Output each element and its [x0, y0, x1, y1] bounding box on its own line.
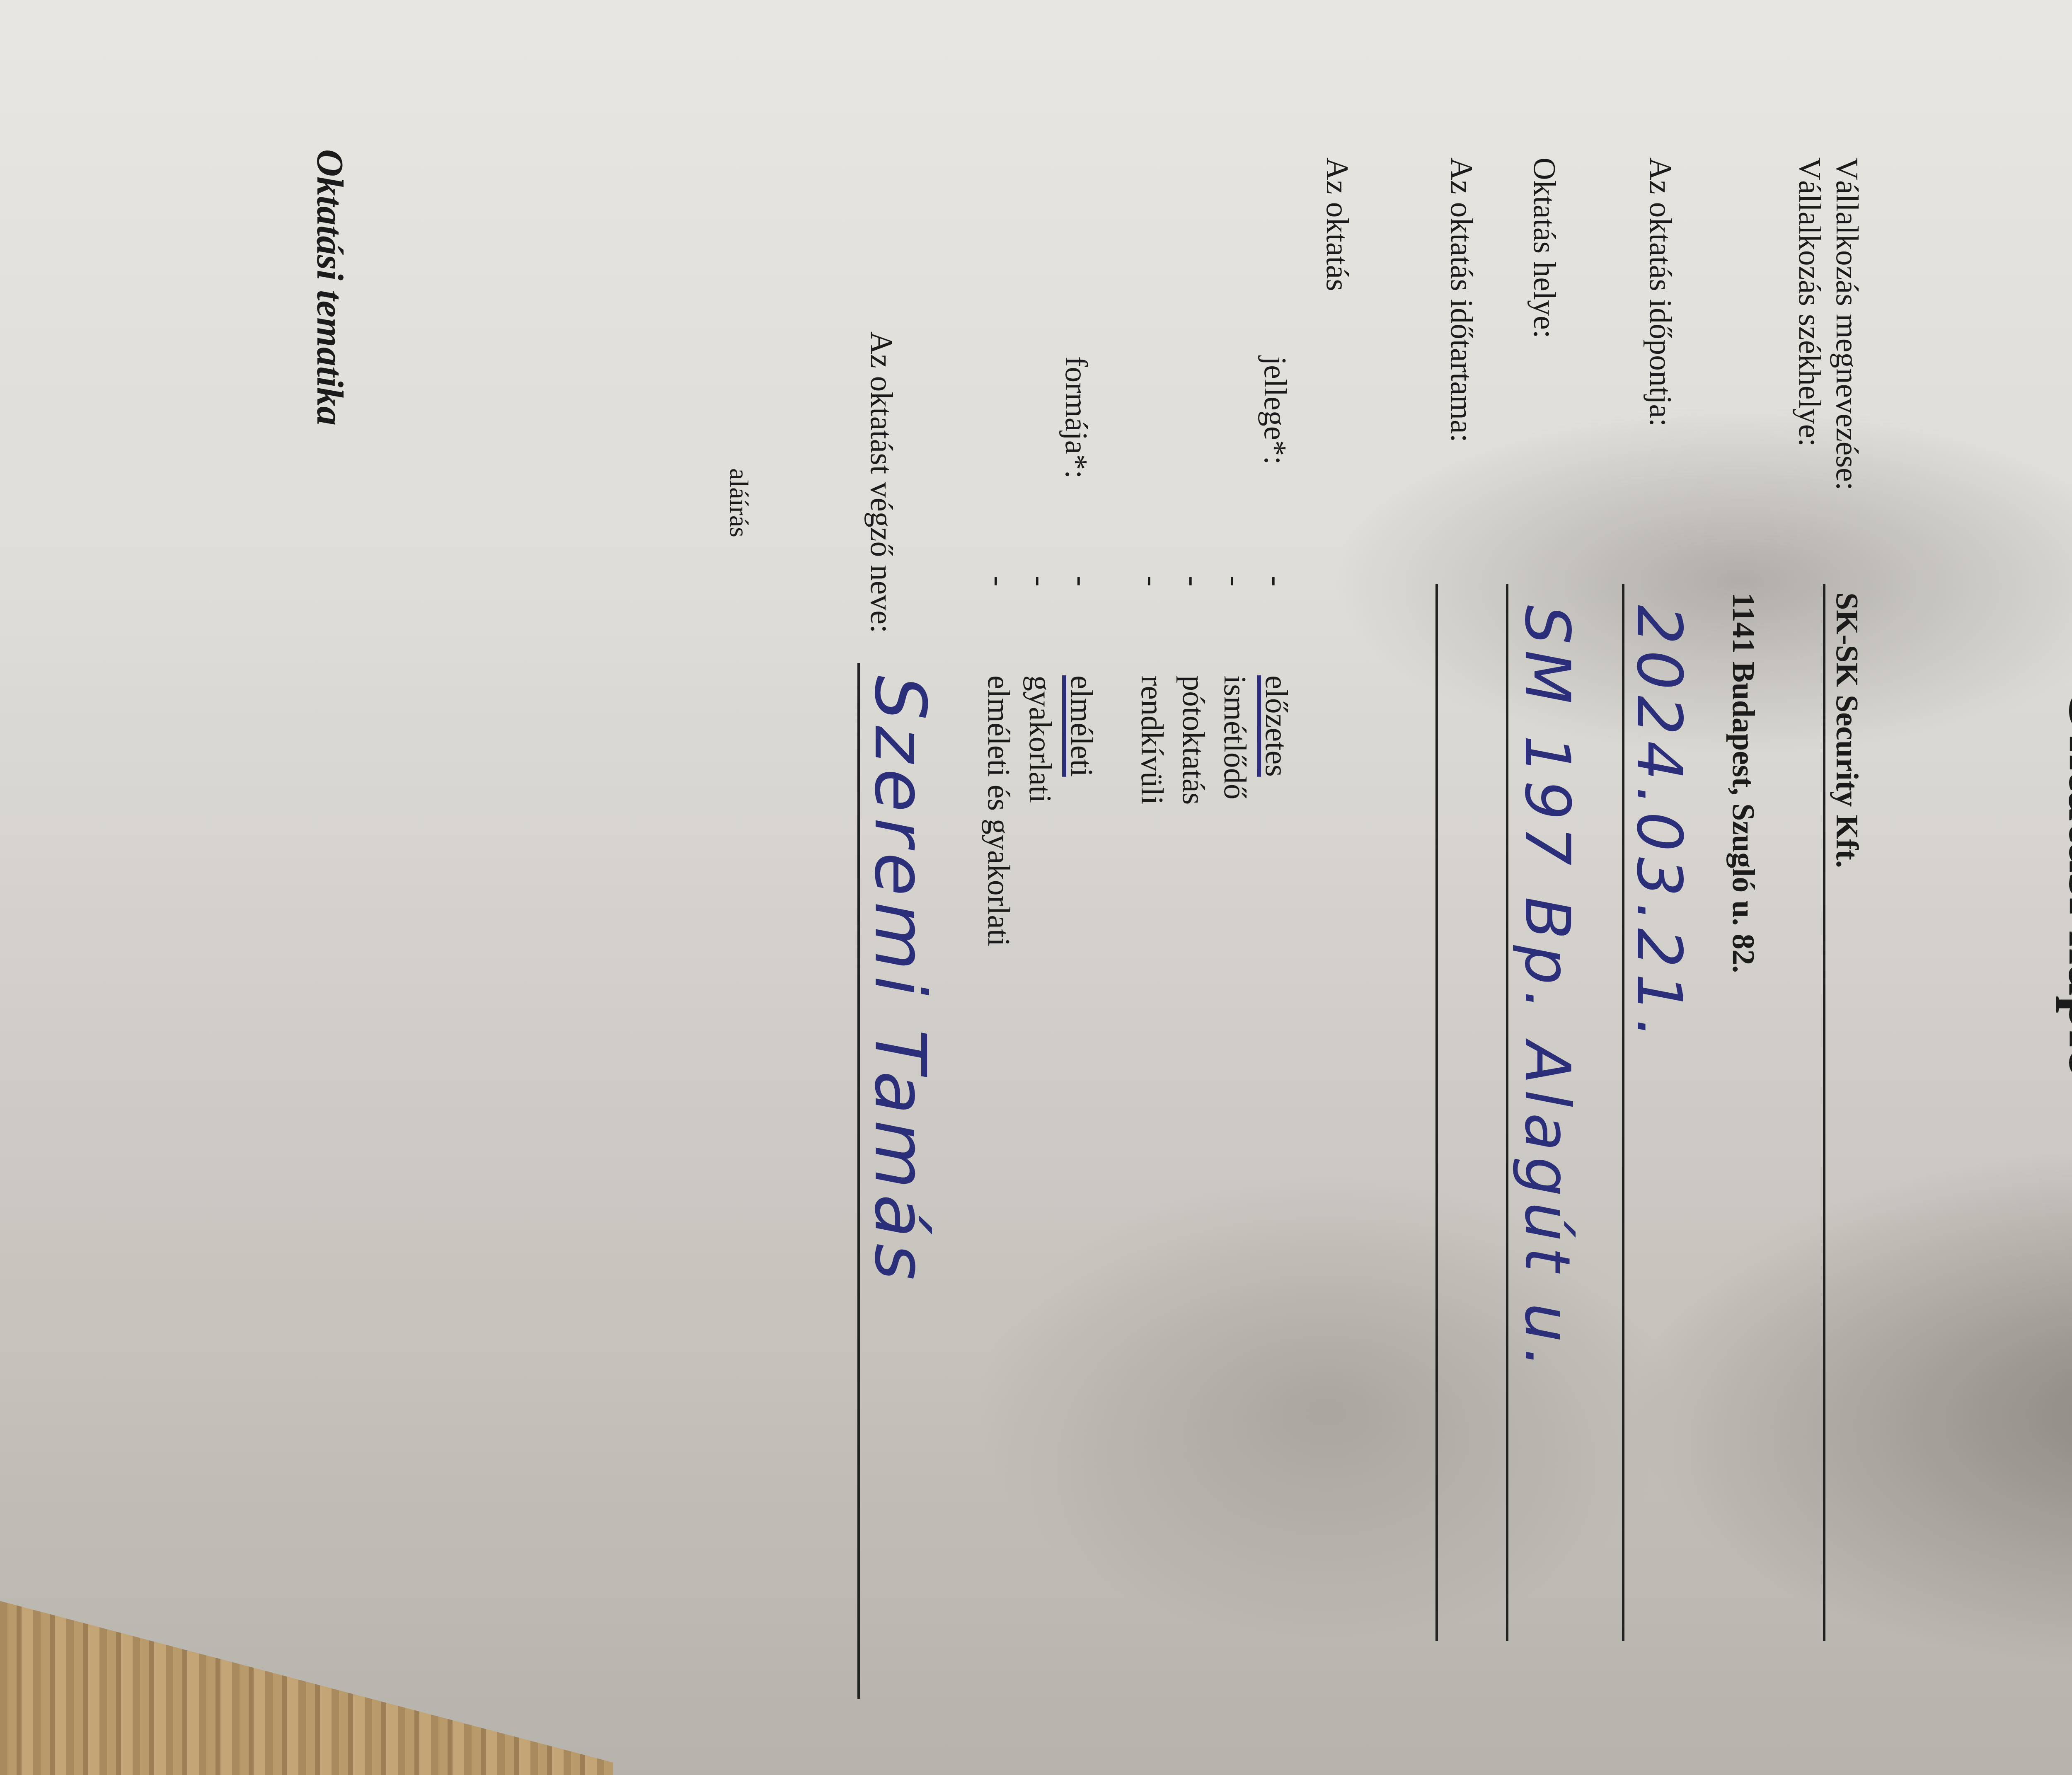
- location-line: [1506, 584, 1508, 1641]
- dash: -: [1061, 576, 1102, 584]
- dash: -: [1214, 576, 1256, 584]
- dash: -: [1256, 576, 1297, 584]
- company-seat-label: Vállalkozás székhelye:: [1791, 157, 1828, 447]
- type-option-label: rendkívüli: [1131, 675, 1173, 805]
- duration-line: [1435, 584, 1438, 1641]
- type-option[interactable]: -pótoktatás: [1173, 576, 1214, 805]
- type-option-label: előzetes: [1256, 675, 1297, 777]
- form-option-label: elméleti: [1061, 675, 1102, 777]
- date-line: [1622, 584, 1624, 1641]
- company-name-line: [1823, 584, 1825, 1641]
- page-title: Oktatási napló: [2055, 33, 2072, 1732]
- section-heading: Oktatási tematika: [308, 149, 352, 426]
- form-option[interactable]: -elméleti: [1061, 576, 1102, 946]
- dash: -: [1019, 576, 1061, 584]
- dash: -: [1131, 576, 1173, 584]
- type-option[interactable]: -előzetes: [1256, 576, 1297, 805]
- training-label: Az oktatás: [1319, 157, 1355, 291]
- location-handwritten[interactable]: SM 197 Bp. Alagút u.: [1511, 605, 1583, 1374]
- form-option-label: elméleti és gyakorlati: [978, 675, 1019, 946]
- instructor-line: [857, 663, 860, 1699]
- type-option-label: ismétlődő: [1214, 675, 1256, 800]
- training-form-label: formája*:: [1058, 356, 1094, 479]
- instructor-signature-handwritten[interactable]: Szeremi Tamás: [859, 675, 941, 1286]
- date-handwritten[interactable]: 2024.03.21.: [1623, 605, 1695, 1045]
- form-option-label: gyakorlati: [1019, 675, 1061, 803]
- dash: -: [978, 576, 1019, 584]
- location-label: Oktatás helye:: [1526, 157, 1562, 339]
- duration-label: Az oktatás időtartama:: [1443, 157, 1479, 443]
- form-option[interactable]: -elméleti és gyakorlati: [978, 576, 1019, 946]
- type-option-label: pótoktatás: [1173, 675, 1214, 805]
- form-option[interactable]: -gyakorlati: [1019, 576, 1061, 946]
- company-name-label: Vállalkozás megnevezése:: [1829, 157, 1865, 491]
- training-type-options: -előzetes -ismétlődő -pótoktatás -rendkí…: [1131, 576, 1297, 805]
- type-option[interactable]: -rendkívüli: [1131, 576, 1173, 805]
- company-seat-value: 1141 Budapest, Szugló u. 82.: [1725, 592, 1761, 973]
- instructor-label: Az oktatást végző neve:: [863, 331, 899, 633]
- date-label: Az oktatás időpontja:: [1642, 157, 1678, 427]
- training-form-options: -elméleti -gyakorlati -elméleti és gyako…: [978, 576, 1102, 946]
- form-page: Oktatási napló 1. oldal, összesen: 3 Kia…: [62, 33, 2072, 1732]
- company-name-value: SK-SK Security Kft.: [1829, 592, 1865, 868]
- training-type-label: jellege*:: [1257, 356, 1293, 465]
- signature-label: aláírás: [724, 468, 754, 537]
- type-option[interactable]: -ismétlődő: [1214, 576, 1256, 805]
- dash: -: [1173, 576, 1214, 584]
